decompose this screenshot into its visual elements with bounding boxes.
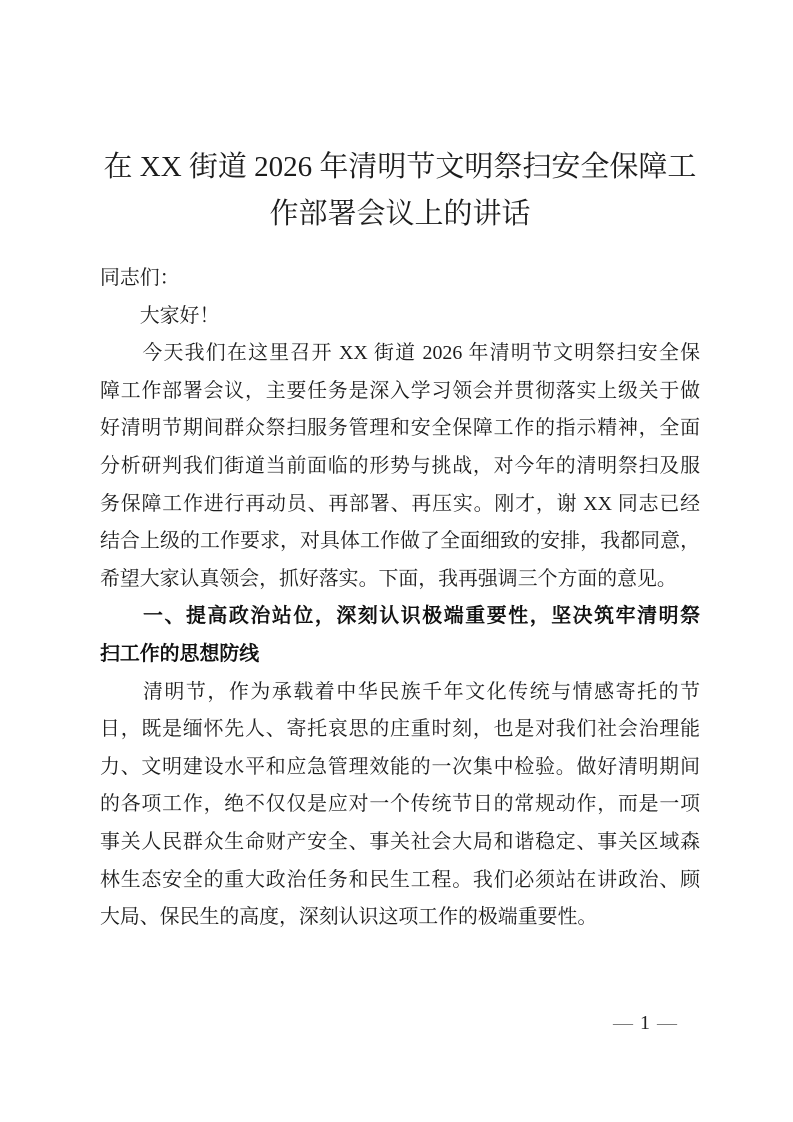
text-line: 在 XX 街道 2026 年清明节文明祭扫安全保障工 [100,144,700,191]
text-line: 结合上级的工作要求，对具体工作做了全面细致的安排，我都同意， [100,523,700,561]
page-number: 1 [633,1012,657,1034]
text-line: 障工作部署会议，主要任务是深入学习领会并贯彻落实上级关于做 [100,373,700,411]
text-line: 扫工作的思想防线 [100,636,700,674]
text-line: 事关人民群众生命财产安全、事关社会大局和谐稳定、事关区域森 [100,824,700,862]
text-line: 日，既是缅怀先人、寄托哀思的庄重时刻，也是对我们社会治理能 [100,711,700,749]
text-line: 力、文明建设水平和应急管理效能的一次集中检验。做好清明期间 [100,749,700,787]
paragraph: 大家好！ [100,298,700,336]
paragraph: 今天我们在这里召开 XX 街道 2026 年清明节文明祭扫安全保障工作部署会议，… [100,335,700,598]
text-line: 的各项工作，绝不仅仅是应对一个传统节日的常规动作，而是一项 [100,786,700,824]
text-line: 务保障工作进行再动员、再部署、再压实。刚才，谢 XX 同志已经 [100,486,700,524]
text-line: 分析研判我们街道当前面临的形势与挑战，对今年的清明祭扫及服 [100,448,700,486]
text-line: 大家好！ [100,298,700,336]
paragraph: 同志们： [100,260,700,298]
paragraph: 清明节，作为承载着中华民族千年文化传统与情感寄托的节日，既是缅怀先人、寄托哀思的… [100,674,700,937]
text-line: 希望大家认真领会，抓好落实。下面，我再强调三个方面的意见。 [100,561,700,599]
document-body: 在 XX 街道 2026 年清明节文明祭扫安全保障工作部署会议上的讲话同志们： … [100,0,700,937]
section-heading: 一、提高政治站位，深刻认识极端重要性，坚决筑牢清明祭扫工作的思想防线 [100,598,700,673]
text-line: 好清明节期间群众祭扫服务管理和安全保障工作的指示精神，全面 [100,410,700,448]
footer-dash-right: — [657,1012,677,1034]
document-title: 在 XX 街道 2026 年清明节文明祭扫安全保障工作部署会议上的讲话 [100,144,700,238]
text-line: 今天我们在这里召开 XX 街道 2026 年清明节文明祭扫安全保 [100,335,700,373]
document-page: 在 XX 街道 2026 年清明节文明祭扫安全保障工作部署会议上的讲话同志们： … [0,0,793,1122]
text-line: 同志们： [100,260,700,298]
page-footer: —1— [613,1012,677,1034]
text-line: 一、提高政治站位，深刻认识极端重要性，坚决筑牢清明祭 [100,598,700,636]
text-line: 大局、保民生的高度，深刻认识这项工作的极端重要性。 [100,899,700,937]
text-line: 林生态安全的重大政治任务和民生工程。我们必须站在讲政治、顾 [100,862,700,900]
footer-dash-left: — [613,1012,633,1034]
text-line: 作部署会议上的讲话 [100,191,700,238]
text-line: 清明节，作为承载着中华民族千年文化传统与情感寄托的节 [100,674,700,712]
